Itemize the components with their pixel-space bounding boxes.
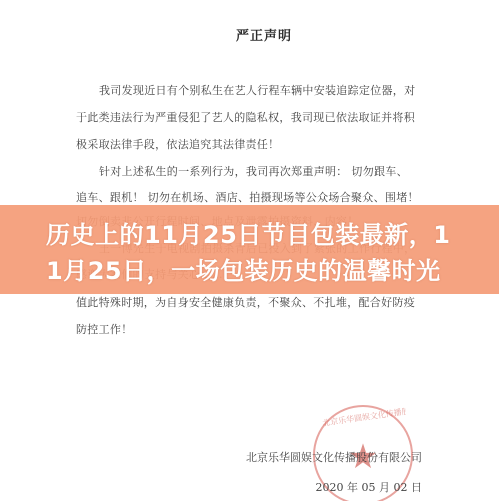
signature-company: 北京乐华圆娱文化传播股份有限公司	[246, 449, 422, 465]
paragraph-line: 我司发现近日有个别私生在艺人行程车辆中安装追踪定位器，对	[99, 82, 415, 98]
document-title: 严正声明	[0, 25, 499, 44]
paragraph-line: 针对上述私生的一系列行为，我司再次郑重声明： 切勿跟车、	[99, 163, 408, 179]
signature-date: 2020 年 05 月 02 日	[316, 479, 422, 495]
paragraph-line: 值此特殊时期，为自身安全健康负责，不聚众、不扎堆，配合好防疫	[76, 294, 415, 310]
paragraph-line: 追车、跟机！ 切勿在机场、酒店、拍摄现场等公众场合聚众、围堵！	[76, 189, 419, 205]
paragraph-line: 极采取法律手段，依法追究其法律责任！	[76, 136, 279, 152]
paragraph-line: 防控工作！	[76, 321, 133, 337]
banner-title: 历史上的11月25日节目包装最新，11月25日，一场包装历史的温馨时光	[46, 217, 466, 289]
paragraph-line: 于此类违法行为严重侵犯了艺人的隐私权，我司现已依法取证并将积	[76, 109, 415, 125]
